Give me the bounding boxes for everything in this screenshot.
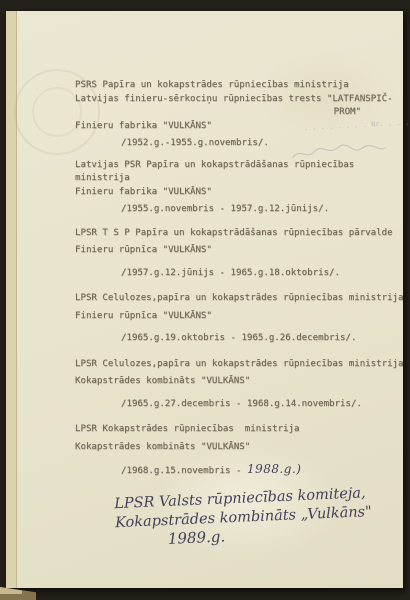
paper-sheet: . . . . . . . . Nr. . . . . . . PSRS Pap… — [6, 11, 403, 588]
typed-line: /1968.g.15.novembris - 1988.g.) — [121, 461, 399, 481]
typed-line: /1955.g.novembris - 1957.g.12.jūnijs/. — [121, 203, 399, 217]
typed-line: /1965.g.27.decembris - 1968.g.14.novembr… — [121, 396, 399, 414]
typed-block: LPSR T S P Papīra un kokapstrādāšanas rū… — [75, 225, 399, 283]
typed-line: Latvijas finieru-sērkociņu rūpniecības t… — [75, 93, 399, 107]
typed-line: /1965.g.19.oktobris - 1965.g.26.decembri… — [121, 330, 399, 348]
typed-line: Latvijas PSR Papīra un kokapstrādāšanas … — [75, 159, 399, 173]
typed-block: PSRS Papīra un kokapstrādes rūpniecības … — [75, 79, 399, 151]
typed-line: /1957.g.12.jūnijs - 1965.g.18.oktobris/. — [121, 265, 399, 283]
typed-line: PROM" — [75, 106, 399, 120]
typed-block: LPSR Celulozes,papīra un kokapstrādes rū… — [75, 290, 399, 348]
scanned-archive-page: { "page": { "background_color": "#24201a… — [0, 0, 410, 600]
typed-block: LPSR Kokapstrādes rūpniecības ministrija… — [75, 421, 399, 481]
typed-text-column: PSRS Papīra un kokapstrādes rūpniecības … — [6, 11, 403, 544]
typed-line: LPSR Celulozes,papīra un kokapstrādes rū… — [75, 290, 399, 308]
typed-block: Latvijas PSR Papīra un kokapstrādāšanas … — [75, 159, 399, 217]
typed-block: LPSR Celulozes,papīra un kokapstrādes rū… — [75, 356, 399, 414]
typed-line: LPSR Celulozes,papīra un kokapstrādes rū… — [75, 356, 399, 374]
handwritten-suffix: 1988.g.) — [247, 462, 302, 476]
typed-blocks: PSRS Papīra un kokapstrādes rūpniecības … — [75, 79, 399, 481]
typed-line: ministrija — [75, 172, 399, 186]
typed-line: LPSR Kokapstrādes rūpniecības ministrija — [75, 421, 399, 439]
book-binding-edge-light — [0, 587, 22, 594]
typed-line: Finieru fabrika "VULKĀNS" — [75, 186, 399, 200]
typed-line: Finieru rūpnīca "VULKĀNS" — [75, 308, 399, 326]
typed-line: Kokapstrādes kombināts "VULKĀNS" — [75, 373, 399, 391]
typed-line: /1952.g.-1955.g.novembris/. — [121, 137, 399, 151]
typed-line: Finieru fabrika "VULKĀNS" — [75, 120, 399, 134]
typed-line: Finieru rūpnīca "VULKĀNS" — [75, 242, 399, 260]
handwritten-note: LPSR Valsts rūpniecības komiteja, Kokaps… — [114, 482, 400, 550]
typed-line: PSRS Papīra un kokapstrādes rūpniecības … — [75, 79, 399, 93]
typed-line: LPSR T S P Papīra un kokapstrādāšanas rū… — [75, 225, 399, 243]
typed-line: Kokapstrādes kombināts "VULKĀNS" — [75, 439, 399, 457]
